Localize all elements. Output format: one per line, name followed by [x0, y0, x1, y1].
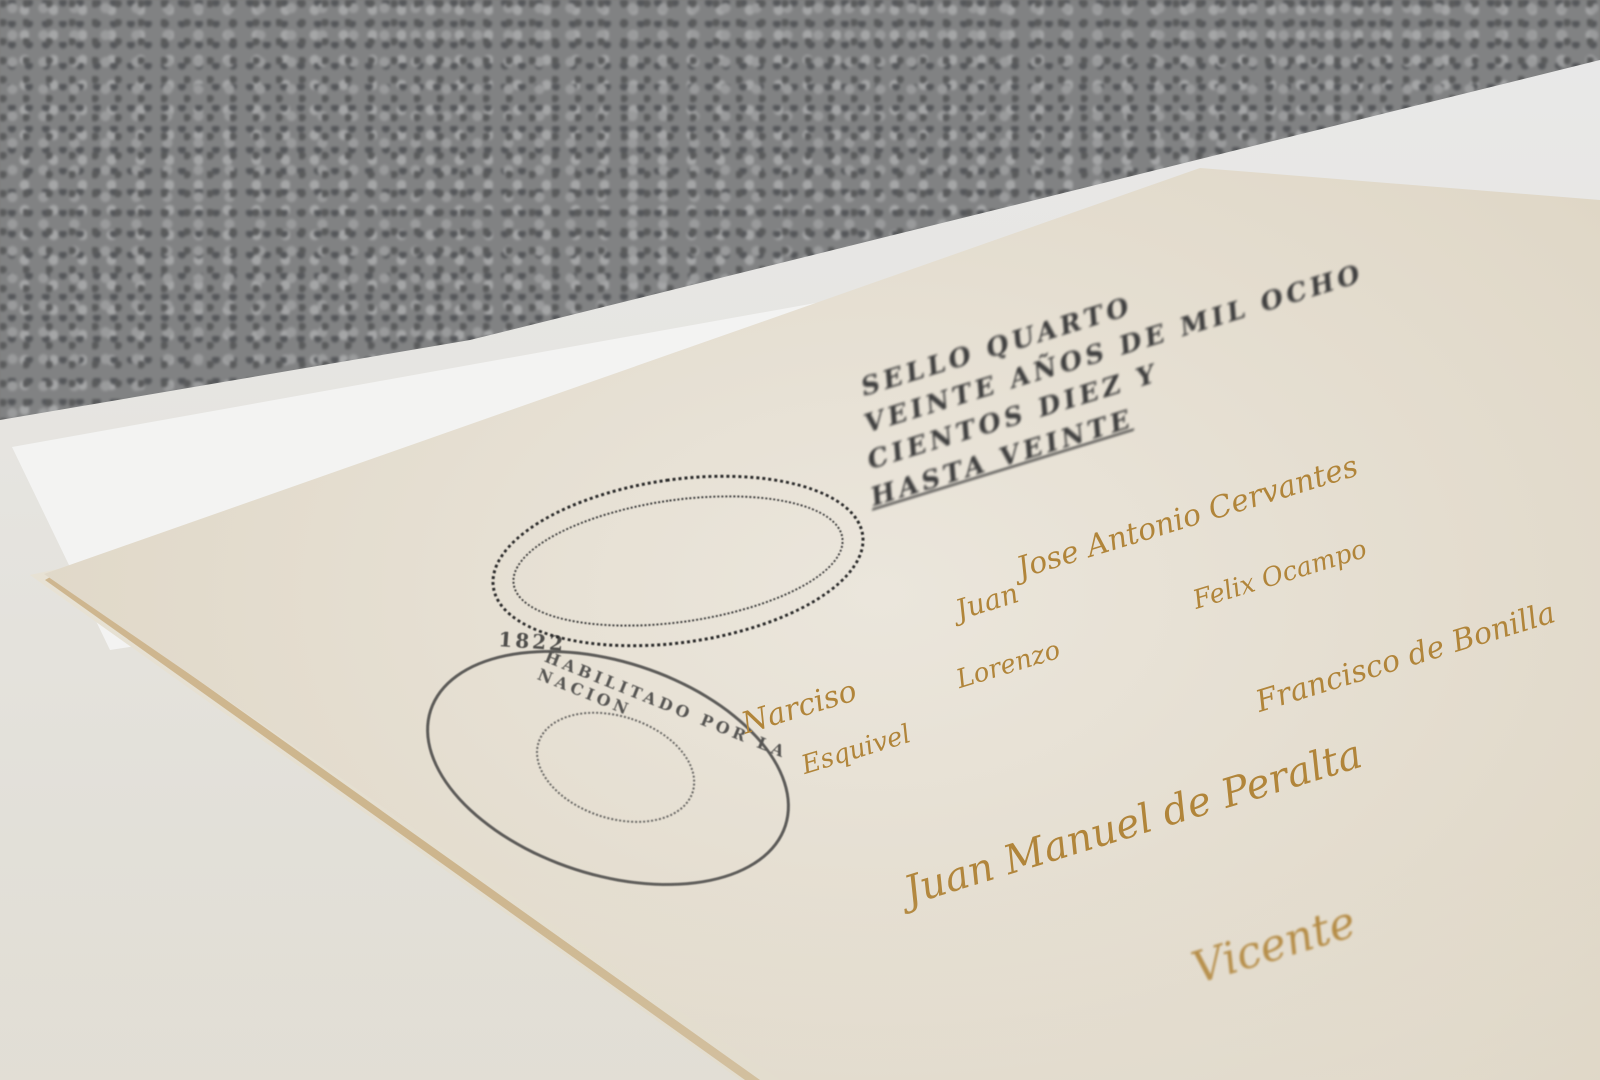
seal-inner-ring — [504, 476, 852, 645]
document-content: SELLO QUARTO VEINTE AÑOS DE MIL OCHO CIE… — [0, 0, 1600, 1080]
signature: Felix Ocampo — [1190, 534, 1371, 615]
signature: Vicente — [1186, 897, 1361, 995]
signature: Juan Manuel de Peralta — [899, 731, 1368, 914]
signature: Esquivel — [798, 719, 914, 781]
seal-stamp-bottom: 1822 HABILITADO POR LA NACION — [396, 607, 820, 929]
signature: Francisco de Bonilla — [1252, 595, 1560, 719]
signature: Lorenzo — [953, 635, 1064, 695]
signature: Juan — [952, 576, 1023, 626]
signature: Narciso — [737, 673, 860, 741]
